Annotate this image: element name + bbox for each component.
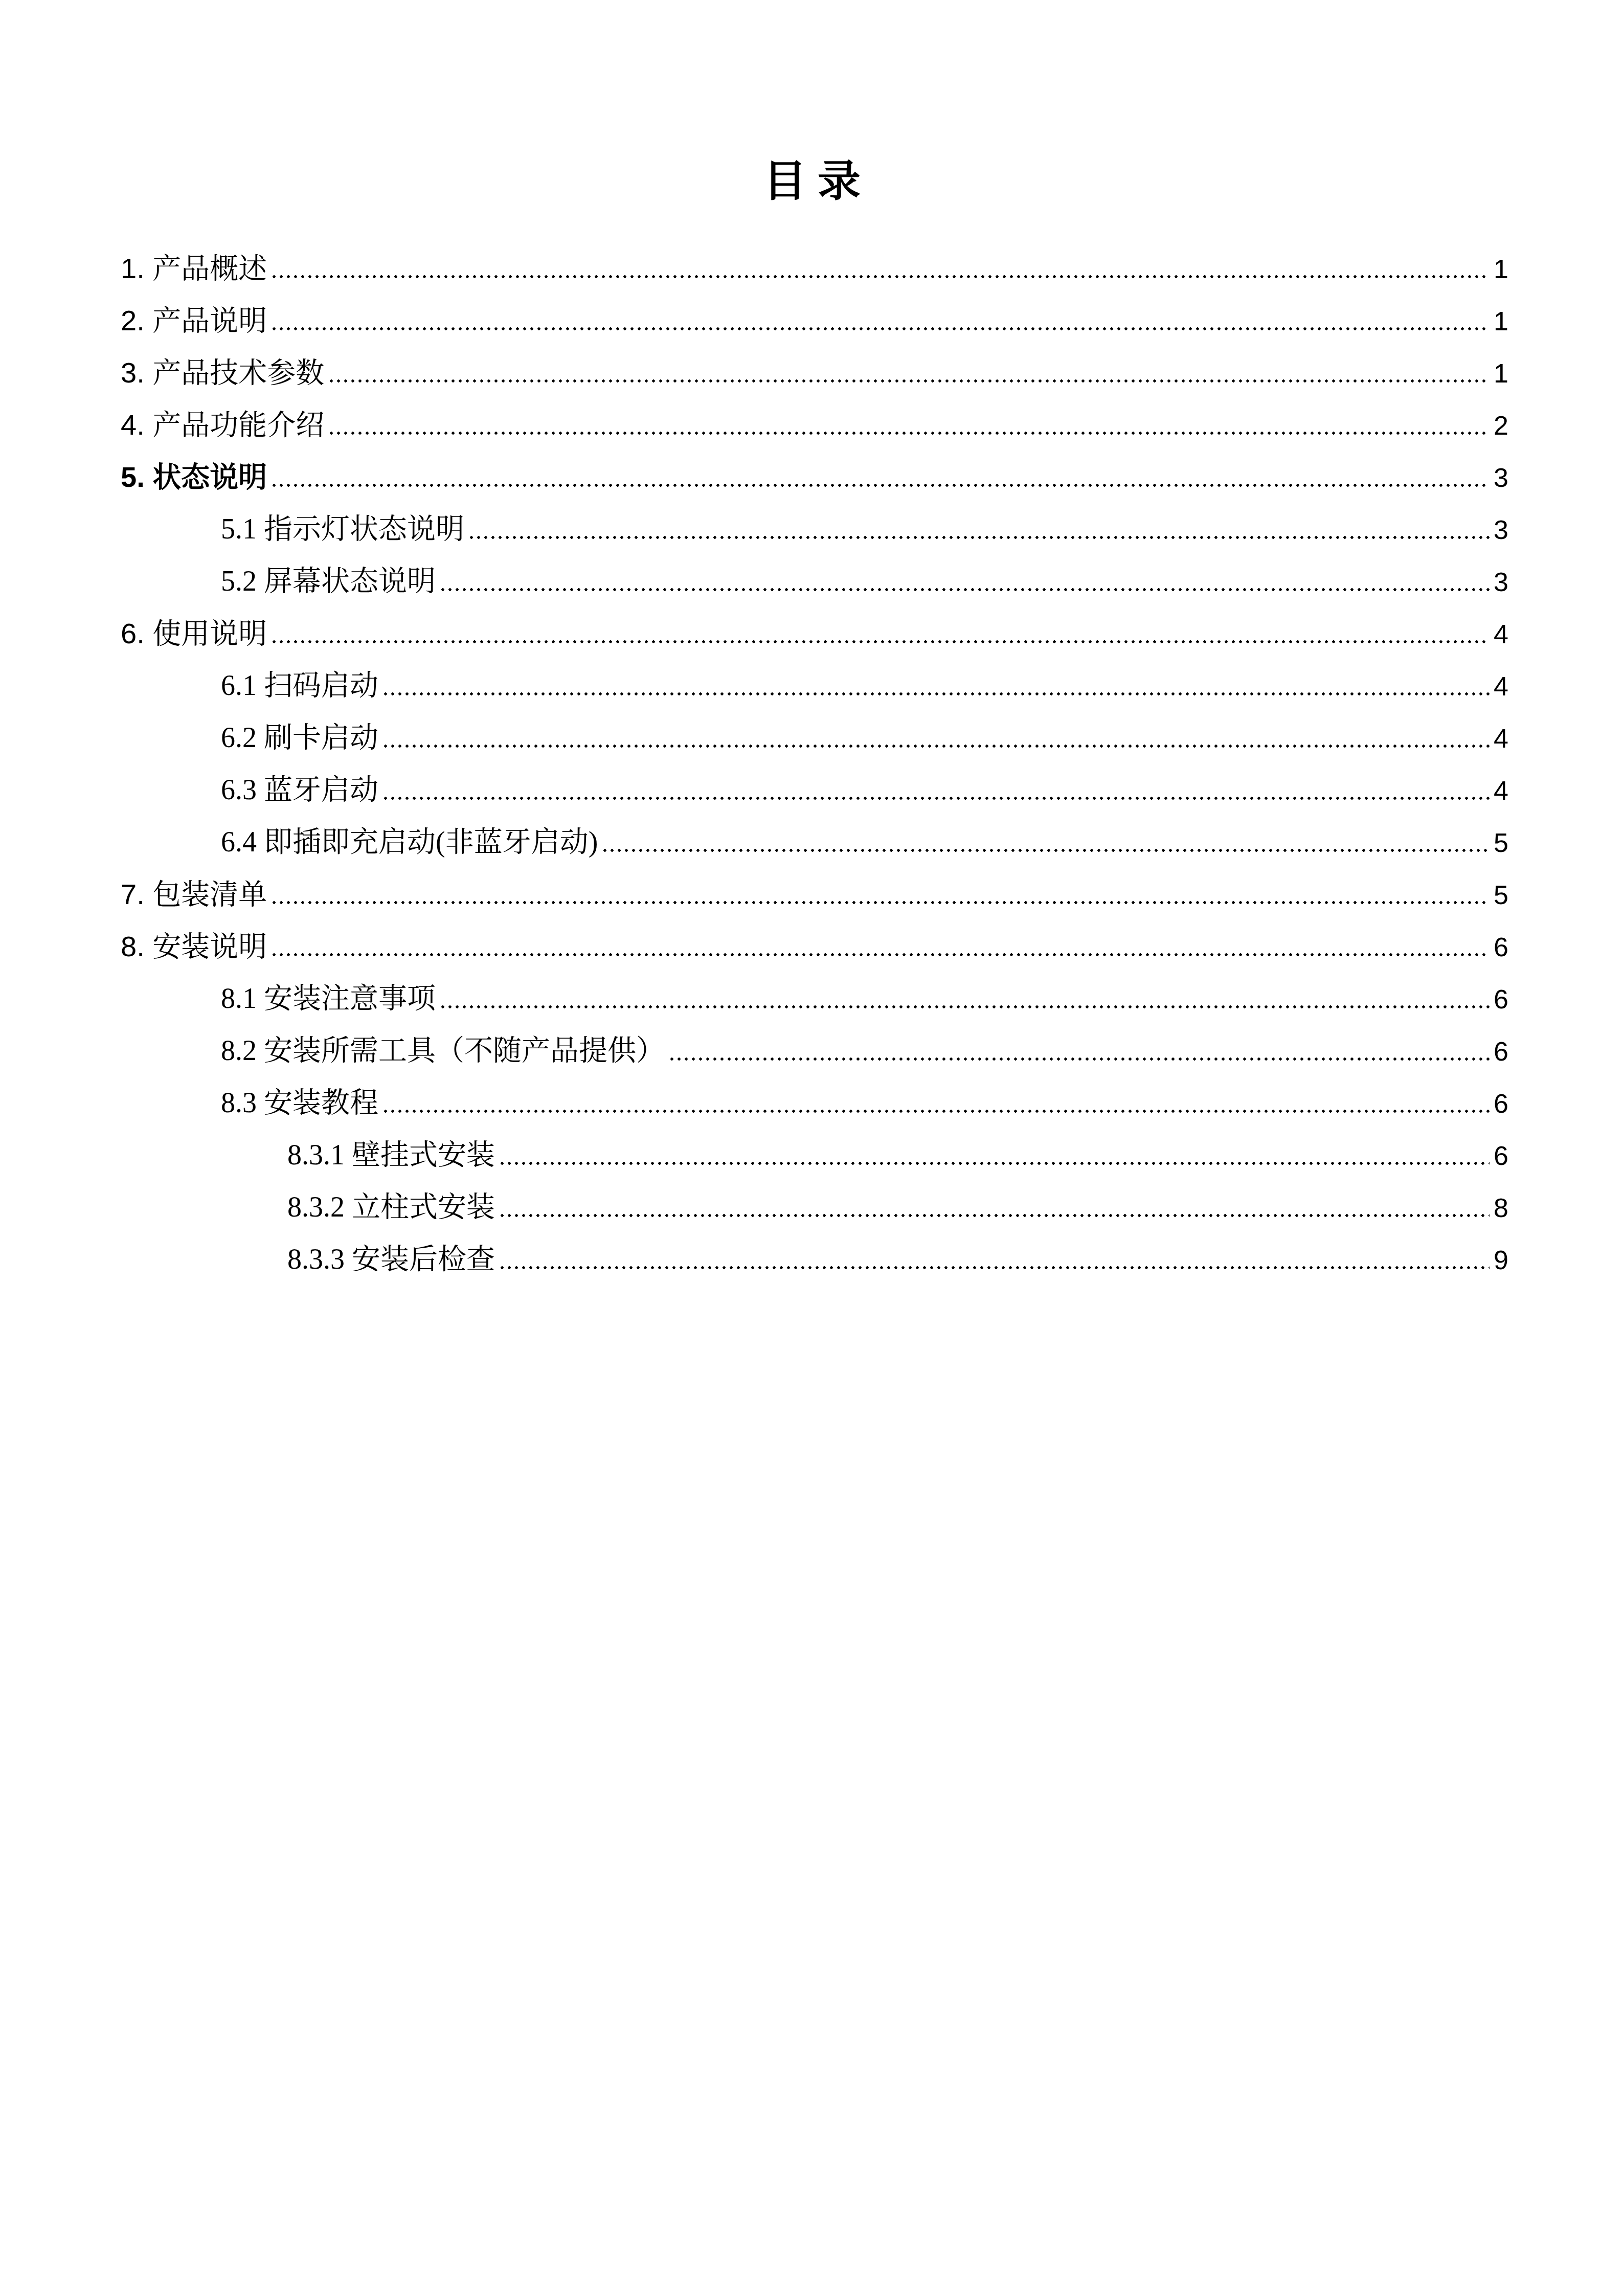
dot-leader (500, 1213, 1490, 1218)
dot-leader (329, 431, 1490, 435)
toc-entry-page: 3 (1494, 516, 1508, 545)
document-page: 目录 1. 产品概述12. 产品说明13. 产品技术参数14. 产品功能介绍25… (0, 0, 1624, 2296)
page-title: 目录 (0, 160, 1624, 202)
toc-entry-page: 6 (1494, 1090, 1508, 1118)
toc-entry-label: 6.4 即插即充启动(非蓝牙启动) (221, 827, 598, 858)
toc-entry-page: 5 (1494, 829, 1508, 858)
toc-entry[interactable]: 1. 产品概述1 (121, 232, 1508, 284)
toc-entry[interactable]: 8.3.2 立柱式安装8 (121, 1170, 1508, 1223)
toc-entry[interactable]: 4. 产品功能介绍2 (121, 388, 1508, 440)
toc-entry-label: 7. 包装清单 (121, 880, 267, 910)
dot-leader (441, 1005, 1490, 1009)
toc-entry[interactable]: 2. 产品说明1 (121, 284, 1508, 336)
toc-entry-page: 4 (1494, 725, 1508, 753)
toc-entry-label: 8.2 安装所需工具（不随产品提供） (221, 1036, 665, 1066)
toc-entry-page: 4 (1494, 672, 1508, 701)
toc-entry[interactable]: 5. 状态说明3 (121, 440, 1508, 492)
dot-leader (329, 379, 1490, 383)
toc-entry[interactable]: 8.3 安装教程6 (121, 1066, 1508, 1118)
dot-leader (384, 692, 1490, 696)
toc-entry-label: 8.3.2 立柱式安装 (287, 1192, 495, 1223)
toc-entry-label: 5.2 屏幕状态说明 (221, 567, 436, 597)
toc-entry-label: 6.1 扫码启动 (221, 671, 378, 701)
toc-entry[interactable]: 8.2 安装所需工具（不随产品提供）6 (121, 1014, 1508, 1066)
toc-entry-page: 6 (1494, 985, 1508, 1014)
toc-list: 1. 产品概述12. 产品说明13. 产品技术参数14. 产品功能介绍25. 状… (0, 232, 1624, 1275)
toc-entry-label: 6.3 蓝牙启动 (221, 775, 378, 805)
toc-entry-page: 1 (1494, 359, 1508, 388)
toc-entry[interactable]: 8.3.3 安装后检查9 (121, 1223, 1508, 1275)
dot-leader (670, 1057, 1490, 1061)
toc-entry[interactable]: 5.1 指示灯状态说明3 (121, 492, 1508, 545)
toc-entry-page: 3 (1494, 568, 1508, 597)
dot-leader (272, 275, 1490, 279)
toc-entry[interactable]: 5.2 屏幕状态说明3 (121, 545, 1508, 597)
toc-entry-label: 8.3 安装教程 (221, 1088, 378, 1118)
dot-leader (272, 327, 1490, 331)
toc-entry-page: 1 (1494, 255, 1508, 284)
toc-entry-label: 5.1 指示灯状态说明 (221, 514, 464, 545)
toc-entry-page: 6 (1494, 933, 1508, 962)
toc-entry-label: 4. 产品功能介绍 (121, 410, 324, 440)
toc-entry-page: 9 (1494, 1246, 1508, 1275)
toc-entry-label: 8.1 安装注意事项 (221, 984, 436, 1014)
dot-leader (469, 535, 1490, 539)
toc-entry-page: 3 (1494, 464, 1508, 492)
toc-entry-label: 8.3.1 壁挂式安装 (287, 1140, 495, 1170)
dot-leader (272, 640, 1490, 644)
toc-entry[interactable]: 6.1 扫码启动4 (121, 649, 1508, 701)
toc-entry-label: 6.2 刷卡启动 (221, 723, 378, 753)
toc-entry-label: 8.3.3 安装后检查 (287, 1245, 495, 1275)
toc-entry-page: 4 (1494, 620, 1508, 649)
dot-leader (500, 1266, 1490, 1270)
dot-leader (384, 744, 1490, 748)
toc-entry-label: 3. 产品技术参数 (121, 358, 324, 388)
toc-entry[interactable]: 6.2 刷卡启动4 (121, 701, 1508, 753)
toc-entry-label: 6. 使用说明 (121, 619, 267, 649)
toc-entry[interactable]: 6.4 即插即充启动(非蓝牙启动)5 (121, 805, 1508, 858)
dot-leader (384, 796, 1490, 800)
toc-entry-page: 4 (1494, 777, 1508, 805)
dot-leader (603, 848, 1490, 852)
toc-entry-label: 5. 状态说明 (121, 462, 267, 492)
toc-entry[interactable]: 7. 包装清单5 (121, 858, 1508, 910)
toc-entry[interactable]: 6.3 蓝牙启动4 (121, 753, 1508, 805)
dot-leader (272, 901, 1490, 905)
toc-entry[interactable]: 6. 使用说明4 (121, 597, 1508, 649)
toc-entry[interactable]: 3. 产品技术参数1 (121, 336, 1508, 388)
dot-leader (441, 588, 1490, 592)
toc-entry-page: 1 (1494, 307, 1508, 336)
dot-leader (272, 483, 1490, 487)
dot-leader (500, 1161, 1490, 1165)
toc-entry-label: 1. 产品概述 (121, 254, 267, 284)
toc-entry-page: 5 (1494, 881, 1508, 910)
toc-entry-page: 8 (1494, 1194, 1508, 1223)
toc-entry[interactable]: 8.1 安装注意事项6 (121, 962, 1508, 1014)
toc-entry-label: 2. 产品说明 (121, 306, 267, 336)
toc-entry[interactable]: 8. 安装说明6 (121, 910, 1508, 962)
toc-entry[interactable]: 8.3.1 壁挂式安装6 (121, 1118, 1508, 1170)
toc-entry-label: 8. 安装说明 (121, 932, 267, 962)
toc-entry-page: 2 (1494, 412, 1508, 440)
toc-entry-page: 6 (1494, 1038, 1508, 1066)
dot-leader (384, 1109, 1490, 1113)
toc-entry-page: 6 (1494, 1142, 1508, 1170)
dot-leader (272, 953, 1490, 957)
